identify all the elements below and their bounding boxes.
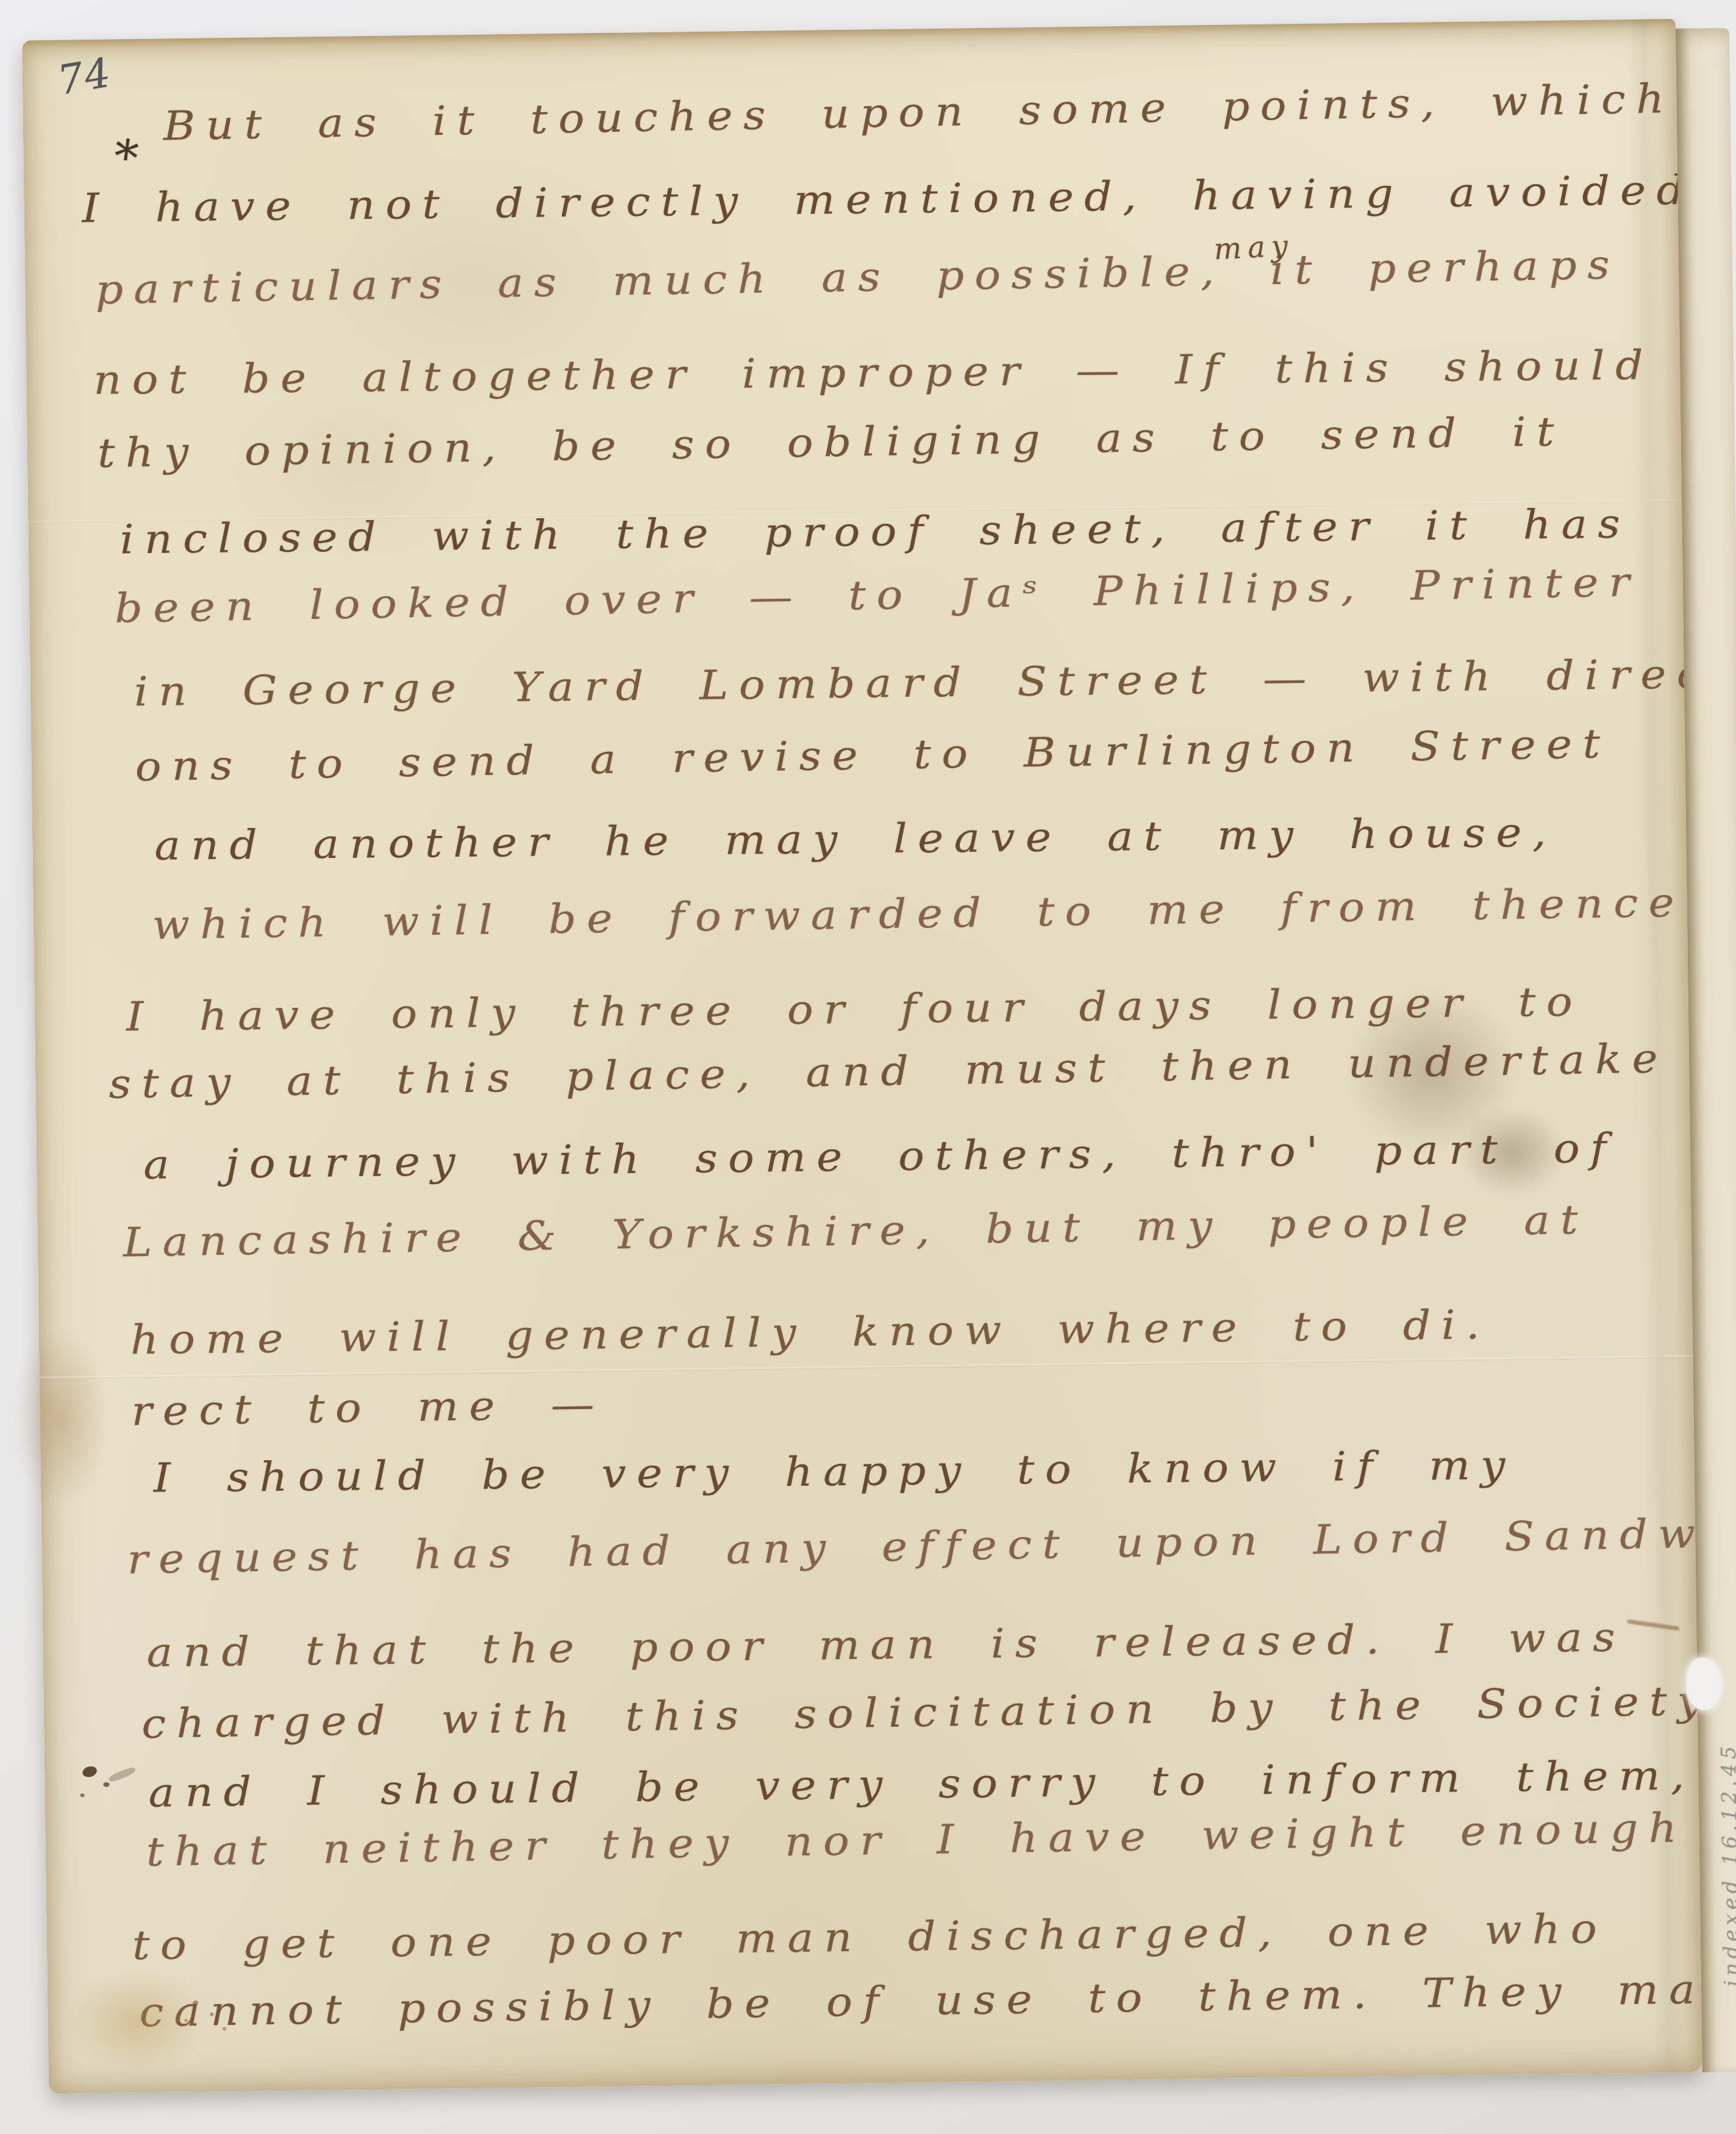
pencil-margin-note: indexed 16.12.45	[1716, 1742, 1736, 1987]
handwriting-line: stay at this place, and must then undert…	[109, 1035, 1669, 1107]
handwriting-line: that neither they nor I have weight enou…	[146, 1804, 1687, 1875]
handwriting-line: home will generally know where to di.	[130, 1301, 1490, 1363]
handwriting-line: request has had any effect upon Lord San…	[127, 1508, 1736, 1583]
ink-spatter	[193, 2000, 198, 2005]
handwriting-line: Lancashire & Yorkshire, but my people at	[123, 1196, 1588, 1266]
handwriting-line: a journey with some others, thro' part o…	[143, 1125, 1617, 1188]
handwriting-line: been looked over — to Jaˢ Phillips, Prin…	[115, 558, 1641, 632]
ink-spatter	[210, 2013, 213, 2016]
handwriting-line: inclosed with the proof sheet, after it …	[120, 500, 1631, 563]
handwriting-line: and that the poor man is released. I was	[146, 1614, 1626, 1676]
handwriting-line: thy opinion, be so obliging as to send i…	[97, 408, 1565, 477]
handwriting-line: I should be very happy to know if my	[153, 1441, 1516, 1501]
handwriting-block: But as it touches upon some points, whic…	[22, 19, 1702, 2094]
handwriting-line: particulars as much as possible, it perh…	[95, 241, 1621, 313]
handwriting-line: and I should be very sorry to inform the…	[148, 1752, 1695, 1816]
handwriting-line: to get one poor man discharged, one who	[132, 1905, 1607, 1969]
ink-spatter	[223, 2027, 227, 2030]
ink-spatter	[184, 2019, 187, 2022]
handwriting-line: I have only three or four days longer to	[126, 978, 1584, 1040]
handwriting-line: not be altogether improper — If this sho…	[93, 341, 1736, 404]
handwriting-line: I have not directly mentioned, having av…	[82, 166, 1695, 232]
sheet-group: 74 * But as it touches upon some points,…	[22, 18, 1736, 2104]
handwriting-line: in George Yard Lombard Street — with dir…	[134, 650, 1736, 715]
handwriting-line: ons to send a revise to Burlington Stree…	[135, 720, 1611, 790]
handwriting-line: which will be forwarded to me from thenc…	[152, 879, 1709, 949]
interlinear-insertion: may	[1213, 229, 1295, 266]
handwriting-line: rect to me —	[131, 1381, 605, 1435]
handwriting-line: and another he may leave at my house,	[154, 809, 1557, 869]
ink-blot	[103, 1782, 109, 1787]
letter-page: 74 * But as it touches upon some points,…	[22, 19, 1702, 2094]
ink-blot	[80, 1793, 85, 1797]
handwriting-line: cannot possibly be of use to them. They …	[139, 1965, 1736, 2036]
handwriting-line: But as it touches upon some points, whic…	[163, 75, 1675, 149]
scan-background: 74 * But as it touches upon some points,…	[0, 0, 1736, 2134]
handwriting-line: charged with this solicitation by the So…	[141, 1677, 1732, 1747]
